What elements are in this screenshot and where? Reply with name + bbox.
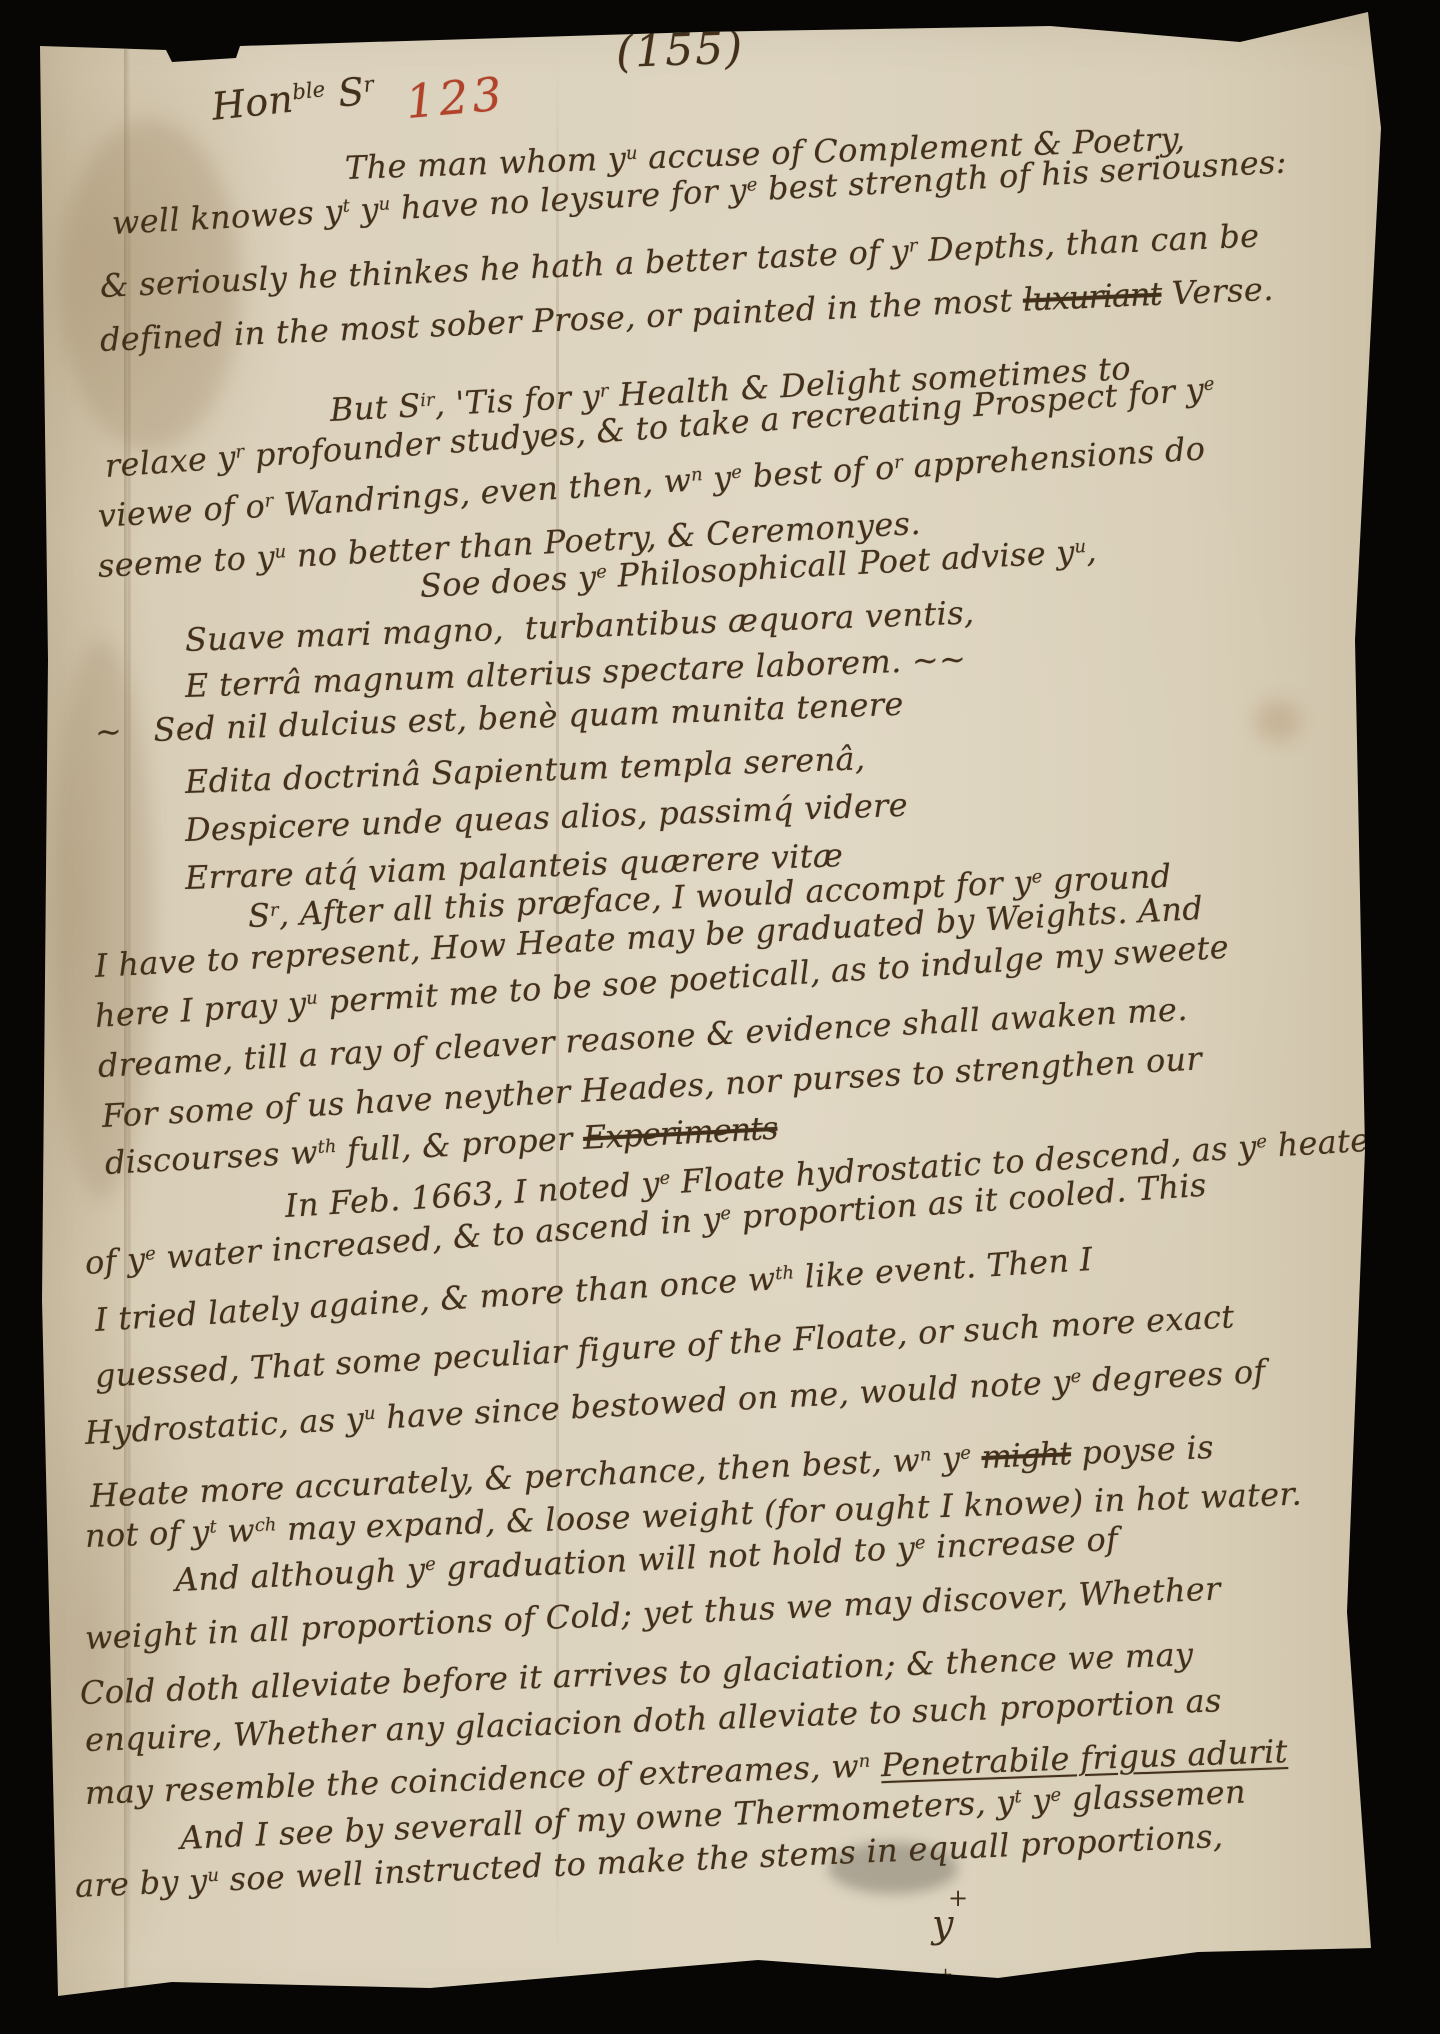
struck-word: might bbox=[981, 1434, 1072, 1476]
superscript: u bbox=[626, 143, 638, 164]
superscript: u bbox=[306, 988, 319, 1010]
struck-word: Experiments bbox=[582, 1109, 778, 1157]
superscript: e bbox=[1203, 374, 1215, 396]
superscript: e bbox=[425, 1554, 437, 1575]
page-number: (155) bbox=[615, 24, 745, 79]
superscript: u bbox=[1074, 536, 1087, 558]
superscript: r bbox=[270, 900, 279, 921]
superscript: ir bbox=[420, 390, 435, 412]
photograph-background: Honble Sr 123 (155) The man whom yu accu… bbox=[0, 0, 1440, 2034]
superscript: th bbox=[317, 1136, 337, 1158]
superscript: e bbox=[1070, 1366, 1082, 1388]
superscript: r bbox=[599, 381, 609, 402]
paper-stain bbox=[1255, 700, 1301, 742]
superscript: u bbox=[378, 194, 391, 216]
superscript: e bbox=[731, 462, 743, 484]
superscript: n bbox=[858, 1751, 870, 1772]
superscript: r bbox=[362, 72, 375, 98]
superscript: t bbox=[209, 1517, 217, 1538]
superscript: u bbox=[363, 1403, 376, 1425]
superscript: n bbox=[919, 1444, 931, 1465]
superscript: e bbox=[1050, 1785, 1062, 1806]
catchword-mark: y bbox=[932, 1902, 953, 1946]
salutation: Honble Sr bbox=[210, 69, 377, 130]
struck-word: luxuriant bbox=[1022, 275, 1162, 319]
superscript: e bbox=[1256, 1131, 1268, 1153]
superscript: e bbox=[746, 174, 758, 196]
superscript: ch bbox=[254, 1514, 276, 1536]
superscript: n bbox=[690, 464, 703, 486]
superscript: e bbox=[960, 1443, 972, 1464]
catchword-mark: + bbox=[938, 1964, 953, 1985]
superscript: r bbox=[894, 452, 904, 473]
superscript: t bbox=[1014, 1786, 1022, 1807]
superscript: th bbox=[775, 1262, 795, 1284]
superscript: e bbox=[596, 561, 608, 583]
superscript: e bbox=[914, 1532, 926, 1553]
superscript: ble bbox=[291, 77, 326, 105]
superscript: e bbox=[144, 1243, 156, 1265]
manuscript-page: Honble Sr 123 (155) The man whom yu accu… bbox=[0, 0, 1440, 2034]
superscript: u bbox=[207, 1865, 219, 1886]
superscript: e bbox=[659, 1168, 671, 1190]
folio-number-red: 123 bbox=[404, 67, 508, 128]
superscript: u bbox=[274, 541, 287, 563]
superscript: t bbox=[342, 196, 350, 217]
superscript: r bbox=[908, 235, 917, 256]
superscript: e bbox=[720, 1203, 732, 1225]
superscript: r bbox=[264, 490, 274, 511]
superscript: r bbox=[235, 441, 245, 463]
superscript: e bbox=[1031, 866, 1043, 887]
